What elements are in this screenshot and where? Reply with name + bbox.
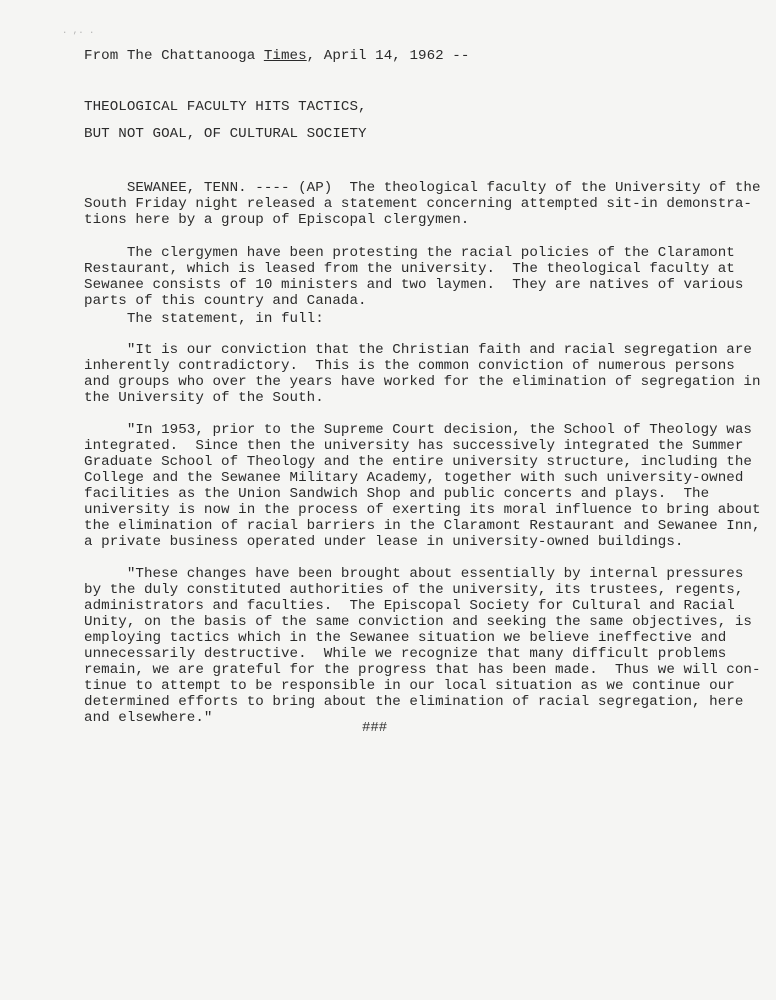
- document-page: . ,. . From The Chattanooga Times, April…: [0, 0, 776, 1000]
- text-line: inherently contradictory. This is the co…: [84, 358, 735, 374]
- text-line: Restaurant, which is leased from the uni…: [84, 261, 735, 277]
- text-line: remain, we are grateful for the progress…: [84, 662, 761, 678]
- text-line: determined efforts to bring about the el…: [84, 694, 743, 710]
- text-line: university is now in the process of exer…: [84, 502, 761, 518]
- headline-line-1: THEOLOGICAL FACULTY HITS TACTICS,: [84, 99, 367, 115]
- text-line: the elimination of racial barriers in th…: [84, 518, 761, 534]
- text-line: administrators and faculties. The Episco…: [84, 598, 735, 614]
- text-line: Unity, on the basis of the same convicti…: [84, 614, 752, 630]
- text-line: by the duly constituted authorities of t…: [84, 582, 743, 598]
- text-line: parts of this country and Canada.: [84, 293, 367, 309]
- paper-marks: . ,. .: [62, 26, 94, 36]
- text-line: "In 1953, prior to the Supreme Court dec…: [84, 422, 752, 438]
- text-line: "These changes have been brought about e…: [84, 566, 743, 582]
- text-line: South Friday night released a statement …: [84, 196, 752, 212]
- source-date: , April 14, 1962 --: [307, 48, 470, 64]
- text-line: The clergymen have been protesting the r…: [84, 245, 735, 261]
- text-line: College and the Sewanee Military Academy…: [84, 470, 743, 486]
- text-line: integrated. Since then the university ha…: [84, 438, 743, 454]
- text-line: tinue to attempt to be responsible in ou…: [84, 678, 735, 694]
- text-line: a private business operated under lease …: [84, 534, 683, 550]
- text-line: and elsewhere.": [84, 710, 212, 726]
- text-line: employing tactics which in the Sewanee s…: [84, 630, 726, 646]
- source-prefix: From The Chattanooga: [84, 48, 264, 64]
- publication-name: Times: [264, 48, 307, 64]
- text-line: SEWANEE, TENN. ---- (AP) The theological…: [84, 180, 761, 196]
- text-line: and groups who over the years have worke…: [84, 374, 761, 390]
- source-line: From The Chattanooga Times, April 14, 19…: [84, 48, 469, 64]
- text-line: tions here by a group of Episcopal clerg…: [84, 212, 469, 228]
- end-mark: ###: [362, 720, 387, 736]
- text-line: The statement, in full:: [84, 311, 324, 327]
- text-line: unnecessarily destructive. While we reco…: [84, 646, 726, 662]
- headline-line-2: BUT NOT GOAL, OF CULTURAL SOCIETY: [84, 126, 367, 142]
- text-line: Graduate School of Theology and the enti…: [84, 454, 752, 470]
- text-line: "It is our conviction that the Christian…: [84, 342, 752, 358]
- text-line: Sewanee consists of 10 ministers and two…: [84, 277, 743, 293]
- text-line: the University of the South.: [84, 390, 324, 406]
- text-line: facilities as the Union Sandwich Shop an…: [84, 486, 709, 502]
